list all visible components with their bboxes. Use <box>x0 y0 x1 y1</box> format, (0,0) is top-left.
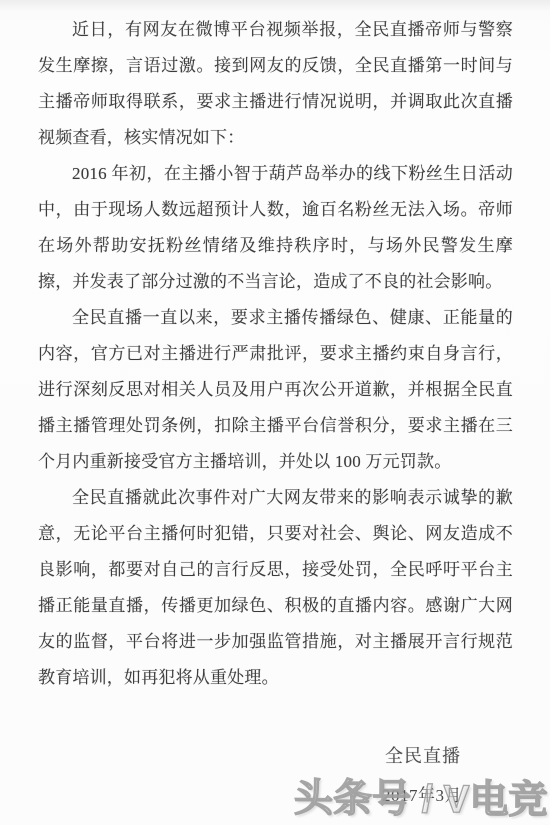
paragraph-apology: 全民直播就此次事件对广大网友带来的影响表示诚挚的歉意，无论平台主播何时犯错，只要… <box>38 480 513 696</box>
paragraph-intro: 近日，有网友在微博平台视频举报，全民直播帝师与警察发生摩擦，言语过激。接到网友的… <box>38 12 513 156</box>
watermark: 头条号 / V电竞 <box>294 767 548 825</box>
paragraph-incident: 2016 年初，在主播小智于葫芦岛举办的线下粉丝生日活动中，由于现场人数远超预计… <box>38 156 513 300</box>
announcement-document: 近日，有网友在微博平台视频举报，全民直播帝师与警察发生摩擦，言语过激。接到网友的… <box>38 12 513 696</box>
signature: 全民直播 <box>385 742 461 768</box>
paragraph-punishment: 全民直播一直以来，要求主播传播绿色、健康、正能量的内容，官方已对主播进行严肃批评… <box>38 300 513 480</box>
